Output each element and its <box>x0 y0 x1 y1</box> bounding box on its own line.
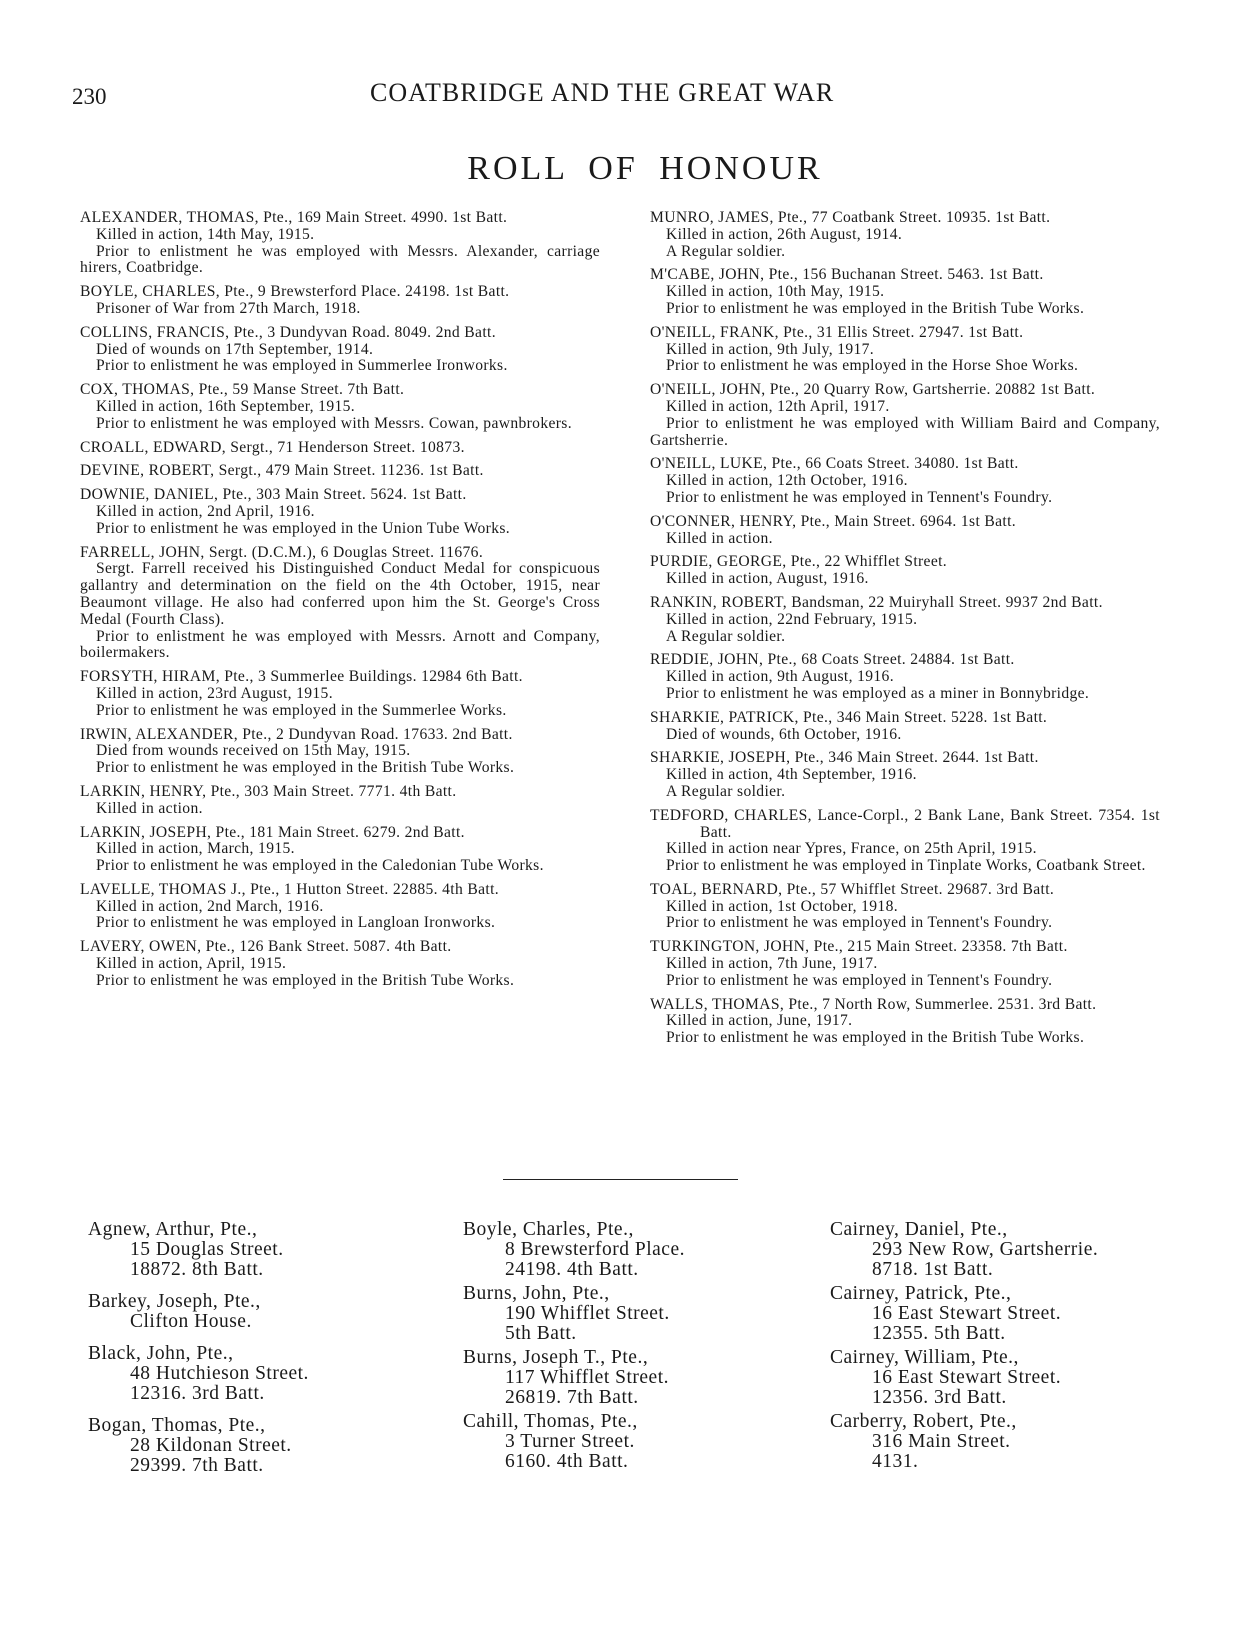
name-list-column-3: Cairney, Daniel, Pte.,293 New Row, Garts… <box>830 1220 1170 1476</box>
roll-entry: PURDIE, GEORGE, Pte., 22 Whifflet Street… <box>650 554 1160 588</box>
entry-detail: Killed in action, 4th September, 1916. <box>650 767 1160 784</box>
entry-heading: SHARKIE, PATRICK, Pte., 346 Main Street.… <box>650 710 1160 727</box>
list-detail: 48 Hutchieson Street. <box>88 1364 428 1384</box>
roll-entry: COX, THOMAS, Pte., 59 Manse Street. 7th … <box>80 382 600 432</box>
list-name: Barkey, Joseph, Pte., <box>88 1292 428 1312</box>
entry-heading: LAVELLE, THOMAS J., Pte., 1 Hutton Stree… <box>80 882 600 899</box>
entry-heading: WALLS, THOMAS, Pte., 7 North Row, Summer… <box>650 997 1160 1014</box>
entry-detail: Died from wounds received on 15th May, 1… <box>80 743 600 760</box>
name-list-entry: Burns, Joseph T., Pte.,117 Whifflet Stre… <box>463 1348 803 1408</box>
entry-heading: DEVINE, ROBERT, Sergt., 479 Main Street.… <box>80 463 600 480</box>
entry-detail: A Regular soldier. <box>650 629 1160 646</box>
list-detail: 117 Whifflet Street. <box>463 1368 803 1388</box>
roll-entry: DEVINE, ROBERT, Sergt., 479 Main Street.… <box>80 463 600 480</box>
list-detail: 16 East Stewart Street. <box>830 1368 1170 1388</box>
name-list-entry: Black, John, Pte.,48 Hutchieson Street.1… <box>88 1344 428 1404</box>
list-detail: 24198. 4th Batt. <box>463 1260 803 1280</box>
entry-detail: Killed in action, 7th June, 1917. <box>650 956 1160 973</box>
list-name: Bogan, Thomas, Pte., <box>88 1416 428 1436</box>
roll-entry: TEDFORD, CHARLES, Lance-Corpl., 2 Bank L… <box>650 808 1160 875</box>
entry-detail: Killed in action, 9th July, 1917. <box>650 342 1160 359</box>
running-head: 230 COATBRIDGE AND THE GREAT WAR <box>0 78 1240 114</box>
entry-detail: Prior to enlistment he was employed in t… <box>650 358 1160 375</box>
list-name: Cairney, Daniel, Pte., <box>830 1220 1170 1240</box>
entry-detail: Killed in action, August, 1916. <box>650 571 1160 588</box>
entry-detail: Killed in action, April, 1915. <box>80 956 600 973</box>
entry-detail: Killed in action, 23rd August, 1915. <box>80 686 600 703</box>
entry-heading: PURDIE, GEORGE, Pte., 22 Whifflet Street… <box>650 554 1160 571</box>
list-name: Burns, Joseph T., Pte., <box>463 1348 803 1368</box>
entry-detail: Killed in action, March, 1915. <box>80 841 600 858</box>
roll-left-column: ALEXANDER, THOMAS, Pte., 169 Main Street… <box>80 210 600 997</box>
entry-heading: LARKIN, HENRY, Pte., 303 Main Street. 77… <box>80 784 600 801</box>
entry-heading: LAVERY, OWEN, Pte., 126 Bank Street. 508… <box>80 939 600 956</box>
entry-detail: A Regular soldier. <box>650 784 1160 801</box>
name-list-entry: Carberry, Robert, Pte.,316 Main Street.4… <box>830 1412 1170 1472</box>
roll-entry: O'NEILL, FRANK, Pte., 31 Ellis Street. 2… <box>650 325 1160 375</box>
list-detail: 3 Turner Street. <box>463 1432 803 1452</box>
roll-entry: RANKIN, ROBERT, Bandsman, 22 Muiryhall S… <box>650 595 1160 645</box>
list-name: Agnew, Arthur, Pte., <box>88 1220 428 1240</box>
list-detail: 29399. 7th Batt. <box>88 1456 428 1476</box>
entry-detail: Killed in action, 12th April, 1917. <box>650 399 1160 416</box>
name-list-entry: Cahill, Thomas, Pte.,3 Turner Street.616… <box>463 1412 803 1472</box>
entry-heading: O'NEILL, LUKE, Pte., 66 Coats Street. 34… <box>650 456 1160 473</box>
entry-detail: Killed in action, 12th October, 1916. <box>650 473 1160 490</box>
roll-entry: O'NEILL, LUKE, Pte., 66 Coats Street. 34… <box>650 456 1160 506</box>
entry-detail: Killed in action, 2nd April, 1916. <box>80 504 600 521</box>
list-detail: 18872. 8th Batt. <box>88 1260 428 1280</box>
roll-entry: FARRELL, JOHN, Sergt. (D.C.M.), 6 Dougla… <box>80 545 600 663</box>
name-list-entry: Cairney, Patrick, Pte.,16 East Stewart S… <box>830 1284 1170 1344</box>
entry-detail: Died of wounds, 6th October, 1916. <box>650 727 1160 744</box>
roll-entry: WALLS, THOMAS, Pte., 7 North Row, Summer… <box>650 997 1160 1047</box>
entry-detail: Killed in action, 1st October, 1918. <box>650 899 1160 916</box>
roll-entry: LAVERY, OWEN, Pte., 126 Bank Street. 508… <box>80 939 600 989</box>
list-name: Black, John, Pte., <box>88 1344 428 1364</box>
entry-paragraph: Prior to enlistment he was employed with… <box>80 416 600 433</box>
name-list-column-1: Agnew, Arthur, Pte.,15 Douglas Street.18… <box>88 1220 428 1488</box>
entry-detail: Prior to enlistment he was employed in T… <box>650 973 1160 990</box>
page-number: 230 <box>72 84 107 110</box>
section-title: ROLL OF HONOUR <box>0 150 1240 188</box>
entry-paragraph: Prior to enlistment he was employed in T… <box>650 858 1160 875</box>
entry-heading: CROALL, EDWARD, Sergt., 71 Henderson Str… <box>80 440 600 457</box>
list-detail: Clifton House. <box>88 1312 428 1332</box>
entry-detail: Prior to enlistment he was employed in T… <box>650 490 1160 507</box>
list-detail: 293 New Row, Gartsherrie. <box>830 1240 1170 1260</box>
list-detail: 5th Batt. <box>463 1324 803 1344</box>
section-divider <box>503 1179 738 1180</box>
entry-detail: Killed in action, June, 1917. <box>650 1013 1160 1030</box>
list-name: Cairney, William, Pte., <box>830 1348 1170 1368</box>
list-name: Cairney, Patrick, Pte., <box>830 1284 1170 1304</box>
entry-detail: Prior to enlistment he was employed in S… <box>80 358 600 375</box>
roll-entry: SHARKIE, PATRICK, Pte., 346 Main Street.… <box>650 710 1160 744</box>
entry-paragraph: Prior to enlistment he was employed as a… <box>650 686 1160 703</box>
entry-heading: LARKIN, JOSEPH, Pte., 181 Main Street. 6… <box>80 825 600 842</box>
entry-heading: M'CABE, JOHN, Pte., 156 Buchanan Street.… <box>650 267 1160 284</box>
entry-detail: Prisoner of War from 27th March, 1918. <box>80 301 600 318</box>
entry-detail: Killed in action near Ypres, France, on … <box>650 841 1160 858</box>
roll-entry: REDDIE, JOHN, Pte., 68 Coats Street. 248… <box>650 652 1160 702</box>
roll-entry: COLLINS, FRANCIS, Pte., 3 Dundyvan Road.… <box>80 325 600 375</box>
name-list-entry: Bogan, Thomas, Pte.,28 Kildonan Street.2… <box>88 1416 428 1476</box>
entry-heading: FARRELL, JOHN, Sergt. (D.C.M.), 6 Dougla… <box>80 545 600 562</box>
name-list-entry: Agnew, Arthur, Pte.,15 Douglas Street.18… <box>88 1220 428 1280</box>
entry-detail: Killed in action. <box>80 801 600 818</box>
entry-detail: Killed in action, 26th August, 1914. <box>650 227 1160 244</box>
entry-detail: Killed in action, 2nd March, 1916. <box>80 899 600 916</box>
entry-heading: BOYLE, CHARLES, Pte., 9 Brewsterford Pla… <box>80 284 600 301</box>
entry-heading: REDDIE, JOHN, Pte., 68 Coats Street. 248… <box>650 652 1160 669</box>
entry-detail: Prior to enlistment he was employed in t… <box>650 301 1160 318</box>
list-detail: 4131. <box>830 1452 1170 1472</box>
list-detail: 15 Douglas Street. <box>88 1240 428 1260</box>
entry-heading: COLLINS, FRANCIS, Pte., 3 Dundyvan Road.… <box>80 325 600 342</box>
entry-detail: Prior to enlistment he was employed in t… <box>80 973 600 990</box>
entry-heading: TEDFORD, CHARLES, Lance-Corpl., 2 Bank L… <box>650 808 1160 842</box>
roll-entry: M'CABE, JOHN, Pte., 156 Buchanan Street.… <box>650 267 1160 317</box>
roll-entry: FORSYTH, HIRAM, Pte., 3 Summerlee Buildi… <box>80 669 600 719</box>
roll-entry: TOAL, BERNARD, Pte., 57 Whifflet Street.… <box>650 882 1160 932</box>
list-detail: 12356. 3rd Batt. <box>830 1388 1170 1408</box>
roll-entry: LARKIN, JOSEPH, Pte., 181 Main Street. 6… <box>80 825 600 875</box>
entry-paragraph: Sergt. Farrell received his Distinguishe… <box>80 561 600 628</box>
name-list-entry: Cairney, Daniel, Pte.,293 New Row, Garts… <box>830 1220 1170 1280</box>
name-list-entry: Barkey, Joseph, Pte.,Clifton House. <box>88 1292 428 1332</box>
name-list-entry: Boyle, Charles, Pte.,8 Brewsterford Plac… <box>463 1220 803 1280</box>
roll-entry: O'CONNER, HENRY, Pte., Main Street. 6964… <box>650 514 1160 548</box>
entry-detail: Killed in action, 9th August, 1916. <box>650 669 1160 686</box>
list-detail: 190 Whifflet Street. <box>463 1304 803 1324</box>
name-list-entry: Burns, John, Pte.,190 Whifflet Street.5t… <box>463 1284 803 1344</box>
entry-heading: MUNRO, JAMES, Pte., 77 Coatbank Street. … <box>650 210 1160 227</box>
entry-paragraph: Prior to enlistment he was employed in t… <box>80 760 600 777</box>
roll-right-column: MUNRO, JAMES, Pte., 77 Coatbank Street. … <box>650 210 1160 1054</box>
roll-entry: LARKIN, HENRY, Pte., 303 Main Street. 77… <box>80 784 600 818</box>
entry-detail: A Regular soldier. <box>650 244 1160 261</box>
list-detail: 12355. 5th Batt. <box>830 1324 1170 1344</box>
entry-detail: Killed in action. <box>650 531 1160 548</box>
list-name: Burns, John, Pte., <box>463 1284 803 1304</box>
entry-detail: Prior to enlistment he was employed in T… <box>650 915 1160 932</box>
roll-entry: MUNRO, JAMES, Pte., 77 Coatbank Street. … <box>650 210 1160 260</box>
roll-entry: DOWNIE, DANIEL, Pte., 303 Main Street. 5… <box>80 487 600 537</box>
list-name: Cahill, Thomas, Pte., <box>463 1412 803 1432</box>
entry-heading: DOWNIE, DANIEL, Pte., 303 Main Street. 5… <box>80 487 600 504</box>
list-detail: 8718. 1st Batt. <box>830 1260 1170 1280</box>
entry-detail: Killed in action, 16th September, 1915. <box>80 399 600 416</box>
entry-heading: FORSYTH, HIRAM, Pte., 3 Summerlee Buildi… <box>80 669 600 686</box>
entry-detail: Killed in action, 10th May, 1915. <box>650 284 1160 301</box>
entry-detail: Prior to enlistment he was employed in t… <box>80 521 600 538</box>
list-detail: 28 Kildonan Street. <box>88 1436 428 1456</box>
list-detail: 316 Main Street. <box>830 1432 1170 1452</box>
roll-entry: ALEXANDER, THOMAS, Pte., 169 Main Street… <box>80 210 600 277</box>
roll-entry: TURKINGTON, JOHN, Pte., 215 Main Street.… <box>650 939 1160 989</box>
entry-detail: Killed in action, 14th May, 1915. <box>80 227 600 244</box>
entry-detail: Killed in action, 22nd February, 1915. <box>650 612 1160 629</box>
entry-detail: Prior to enlistment he was employed in t… <box>80 703 600 720</box>
entry-paragraph: Prior to enlistment he was employed with… <box>650 416 1160 450</box>
entry-heading: O'NEILL, JOHN, Pte., 20 Quarry Row, Gart… <box>650 382 1160 399</box>
entry-heading: COX, THOMAS, Pte., 59 Manse Street. 7th … <box>80 382 600 399</box>
entry-heading: RANKIN, ROBERT, Bandsman, 22 Muiryhall S… <box>650 595 1160 612</box>
entry-paragraph: Prior to enlistment he was employed in t… <box>80 858 600 875</box>
roll-entry: IRWIN, ALEXANDER, Pte., 2 Dundyvan Road.… <box>80 727 600 777</box>
entry-paragraph: Prior to enlistment he was employed with… <box>80 244 600 278</box>
list-name: Boyle, Charles, Pte., <box>463 1220 803 1240</box>
list-detail: 16 East Stewart Street. <box>830 1304 1170 1324</box>
list-detail: 6160. 4th Batt. <box>463 1452 803 1472</box>
entry-detail: Prior to enlistment he was employed in t… <box>650 1030 1160 1047</box>
roll-entry: SHARKIE, JOSEPH, Pte., 346 Main Street. … <box>650 750 1160 800</box>
entry-paragraph: Prior to enlistment he was employed with… <box>80 629 600 663</box>
entry-heading: TOAL, BERNARD, Pte., 57 Whifflet Street.… <box>650 882 1160 899</box>
entry-heading: IRWIN, ALEXANDER, Pte., 2 Dundyvan Road.… <box>80 727 600 744</box>
entry-detail: Died of wounds on 17th September, 1914. <box>80 342 600 359</box>
entry-heading: ALEXANDER, THOMAS, Pte., 169 Main Street… <box>80 210 600 227</box>
entry-heading: TURKINGTON, JOHN, Pte., 215 Main Street.… <box>650 939 1160 956</box>
roll-entry: BOYLE, CHARLES, Pte., 9 Brewsterford Pla… <box>80 284 600 318</box>
name-list-column-2: Boyle, Charles, Pte.,8 Brewsterford Plac… <box>463 1220 803 1476</box>
name-list-entry: Cairney, William, Pte.,16 East Stewart S… <box>830 1348 1170 1408</box>
roll-entry: LAVELLE, THOMAS J., Pte., 1 Hutton Stree… <box>80 882 600 932</box>
list-detail: 26819. 7th Batt. <box>463 1388 803 1408</box>
entry-heading: O'CONNER, HENRY, Pte., Main Street. 6964… <box>650 514 1160 531</box>
book-title: COATBRIDGE AND THE GREAT WAR <box>370 78 834 108</box>
list-detail: 8 Brewsterford Place. <box>463 1240 803 1260</box>
roll-entry: CROALL, EDWARD, Sergt., 71 Henderson Str… <box>80 440 600 457</box>
list-name: Carberry, Robert, Pte., <box>830 1412 1170 1432</box>
list-detail: 12316. 3rd Batt. <box>88 1384 428 1404</box>
entry-detail: Prior to enlistment he was employed in L… <box>80 915 600 932</box>
roll-entry: O'NEILL, JOHN, Pte., 20 Quarry Row, Gart… <box>650 382 1160 449</box>
entry-heading: O'NEILL, FRANK, Pte., 31 Ellis Street. 2… <box>650 325 1160 342</box>
entry-heading: SHARKIE, JOSEPH, Pte., 346 Main Street. … <box>650 750 1160 767</box>
